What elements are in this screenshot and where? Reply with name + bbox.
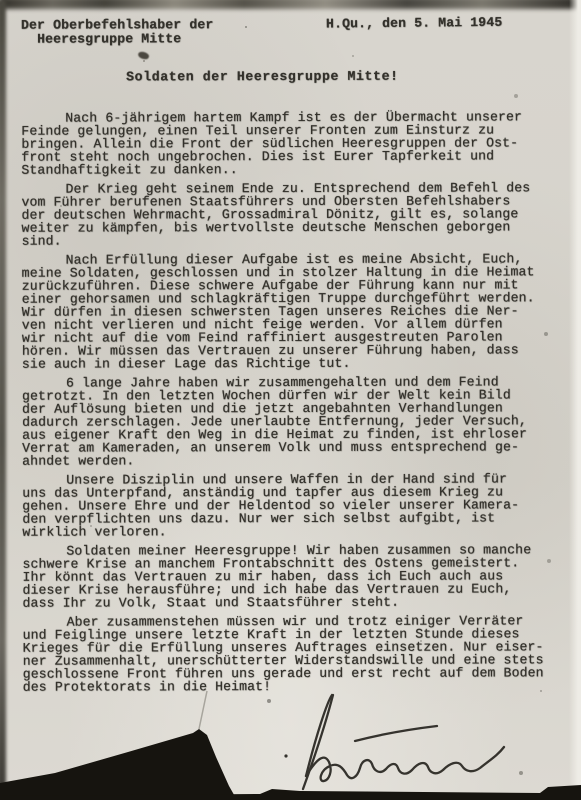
paragraph: Soldaten meiner Heeresgruppe! Wir haben … xyxy=(22,543,567,609)
paragraph: Aber zusammenstehen müssen wir und trotz… xyxy=(23,614,568,693)
paragraph: Unsere Disziplin und unsere Waffen in de… xyxy=(22,472,567,538)
paragraph-line: sie auch in dieser Lage das Richtige tut… xyxy=(22,356,567,370)
paragraph: Nach 6-jährigem hartem Kampf ist es der … xyxy=(21,110,566,176)
paragraph-line: des Protektorats in die Heimat! xyxy=(23,679,568,693)
paragraph: 6 lange Jahre haben wir zusammengehalten… xyxy=(22,375,567,467)
sender-line-2: Heeresgruppe Mitte xyxy=(37,32,213,45)
paragraph: Nach Erfüllung dieser Aufgabe ist es mei… xyxy=(22,252,567,370)
salutation: Soldaten der Heeresgruppe Mitte! xyxy=(126,70,398,84)
letter-body: Nach 6-jährigem hartem Kampf ist es der … xyxy=(21,110,568,699)
letterhead-sender: Der Oberbefehlshaber der Heeresgruppe Mi… xyxy=(21,18,213,46)
paragraph: Der Krieg geht seinem Ende zu. Entsprech… xyxy=(21,181,566,247)
paragraph-line: weiter zu kämpfen, bis wertvollste deuts… xyxy=(22,220,567,234)
paragraph-line: Standhaftigkeit zu danken.. xyxy=(21,162,566,176)
sender-line-1: Der Oberbefehlshaber der xyxy=(21,18,213,32)
typewritten-letter: Der Oberbefehlshaber der Heeresgruppe Mi… xyxy=(0,0,581,800)
paragraph-line: wirklich verloren. xyxy=(22,524,567,538)
document-photo: Der Oberbefehlshaber der Heeresgruppe Mi… xyxy=(0,0,581,800)
paragraph-line: dass Ihr zu Volk, Staat und Staatsführer… xyxy=(23,595,568,609)
paragraph-line: ahndet werden. xyxy=(22,453,567,467)
dateline: H.Qu., den 5. Mai 1945 xyxy=(326,16,502,31)
